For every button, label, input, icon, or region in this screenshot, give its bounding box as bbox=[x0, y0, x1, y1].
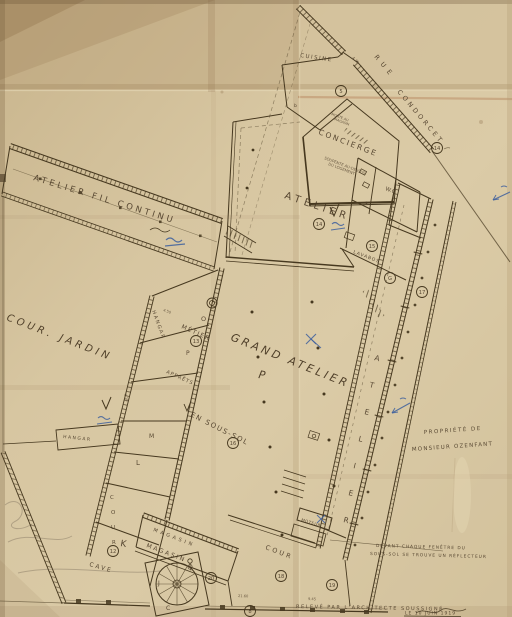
svg-text:15: 15 bbox=[369, 244, 376, 250]
cour-letter: O bbox=[111, 510, 116, 516]
svg-text:14: 14 bbox=[316, 222, 323, 228]
svg-text:13: 13 bbox=[193, 339, 200, 345]
room-letter-b: b bbox=[294, 103, 297, 109]
scanned-plan-page: RUE CONDORCET ATELIER FIL CONTINU COUR. … bbox=[0, 0, 512, 617]
room-letter-c: C bbox=[166, 605, 170, 612]
releve-line2: LE 10 JUIN 1919 bbox=[405, 611, 456, 617]
room-letter-p: P bbox=[186, 350, 190, 357]
svg-text:12: 12 bbox=[110, 549, 117, 555]
room-letter-o: O bbox=[201, 315, 206, 323]
svg-text:5: 5 bbox=[339, 89, 342, 95]
svg-text:18: 18 bbox=[278, 574, 285, 580]
cour-letter: U bbox=[111, 525, 115, 531]
svg-text:14: 14 bbox=[434, 146, 441, 152]
date-underline bbox=[404, 616, 461, 617]
room-letter-j: J bbox=[157, 580, 160, 587]
dimension: 21.60 bbox=[238, 594, 249, 598]
dimension: 9.45 bbox=[308, 597, 316, 601]
svg-text:17: 17 bbox=[419, 290, 426, 296]
paper-wrinkle bbox=[453, 457, 471, 533]
svg-text:16: 16 bbox=[230, 441, 237, 447]
svg-text:8: 8 bbox=[248, 609, 251, 615]
svg-text:20: 20 bbox=[208, 576, 215, 582]
plan-canvas: RUE CONDORCET ATELIER FIL CONTINU COUR. … bbox=[0, 0, 512, 617]
cour-letter: C bbox=[110, 495, 114, 501]
room-letter-m: M bbox=[149, 433, 154, 440]
svg-text:19: 19 bbox=[329, 583, 336, 589]
svg-text:G: G bbox=[388, 276, 392, 282]
room-letter-l: L bbox=[136, 459, 140, 467]
